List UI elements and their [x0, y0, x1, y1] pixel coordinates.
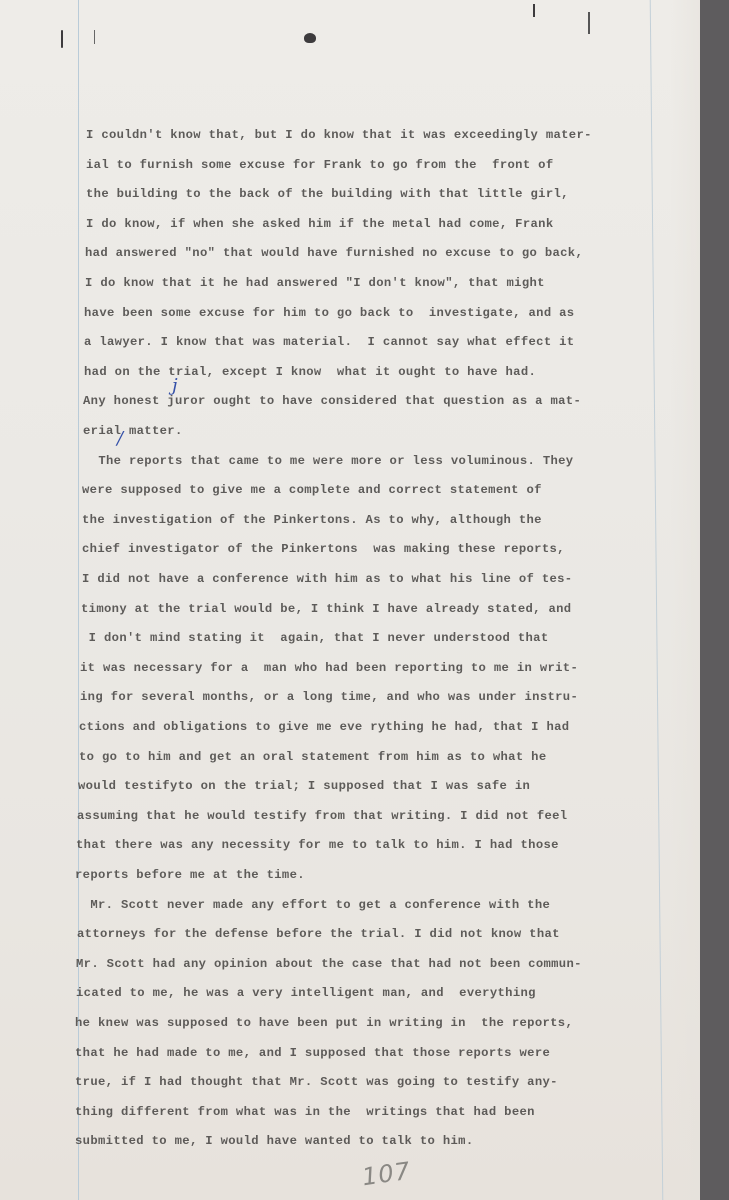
text-line: assuming that he would testify from that… [77, 809, 567, 823]
text-line: would testifyto on the trial; I supposed… [78, 779, 530, 793]
text-line: attorneys for the defense before the tri… [77, 927, 560, 941]
text-line: I did not have a conference with him as … [82, 572, 572, 586]
punch-hole [304, 33, 316, 43]
text-line: erial matter. [83, 424, 183, 438]
binding-mark [94, 30, 95, 44]
text-line: had answered "no" that would have furnis… [85, 246, 583, 260]
text-line: true, if I had thought that Mr. Scott wa… [75, 1075, 558, 1089]
text-line: Mr. Scott never made any effort to get a… [75, 898, 550, 912]
text-line: The reports that came to me were more or… [83, 454, 573, 468]
text-line: ctions and obligations to give me eve ry… [79, 720, 569, 734]
text-line: to go to him and get an oral statement f… [79, 750, 547, 764]
text-line: chief investigator of the Pinkertons was… [82, 542, 565, 556]
text-line: I do know, if when she asked him if the … [86, 217, 554, 231]
text-line: Any honest juror ought to have considere… [83, 394, 581, 408]
text-line: had on the trial, except I know what it … [84, 365, 536, 379]
text-line: ial to furnish some excuse for Frank to … [86, 158, 554, 172]
text-line: icated to me, he was a very intelligent … [76, 986, 536, 1000]
text-line: I do know that it he had answered "I don… [85, 276, 545, 290]
handwritten-correction-j: j [172, 375, 178, 396]
text-line: Mr. Scott had any opinion about the case… [76, 957, 582, 971]
right-margin-rule [650, 0, 664, 1200]
text-line: the investigation of the Pinkertons. As … [82, 513, 542, 527]
text-line: that there was any necessity for me to t… [76, 838, 559, 852]
text-line: have been some excuse for him to go back… [84, 306, 574, 320]
text-line: thing different from what was in the wri… [75, 1105, 535, 1119]
text-line: were supposed to give me a complete and … [82, 483, 542, 497]
page-number: 107 [360, 1157, 412, 1192]
text-line: ing for several months, or a long time, … [80, 690, 578, 704]
binding-mark [533, 4, 535, 17]
handwritten-correction-slash: / [117, 428, 123, 449]
text-line: I don't mind stating it again, that I ne… [81, 631, 549, 645]
text-line: I couldn't know that, but I do know that… [86, 128, 592, 142]
text-line: submitted to me, I would have wanted to … [75, 1134, 474, 1148]
text-line: that he had made to me, and I supposed t… [75, 1046, 550, 1060]
text-line: it was necessary for a man who had been … [80, 661, 578, 675]
text-line: reports before me at the time. [75, 868, 305, 882]
paper-edge-shadow [670, 0, 700, 1200]
document-page: I couldn't know that, but I do know that… [0, 0, 700, 1200]
binding-mark [61, 30, 63, 48]
binding-mark [588, 12, 590, 34]
text-line: he knew was supposed to have been put in… [75, 1016, 573, 1030]
text-line: timony at the trial would be, I think I … [81, 602, 571, 616]
text-line: a lawyer. I know that was material. I ca… [84, 335, 574, 349]
text-line: the building to the back of the building… [86, 187, 569, 201]
